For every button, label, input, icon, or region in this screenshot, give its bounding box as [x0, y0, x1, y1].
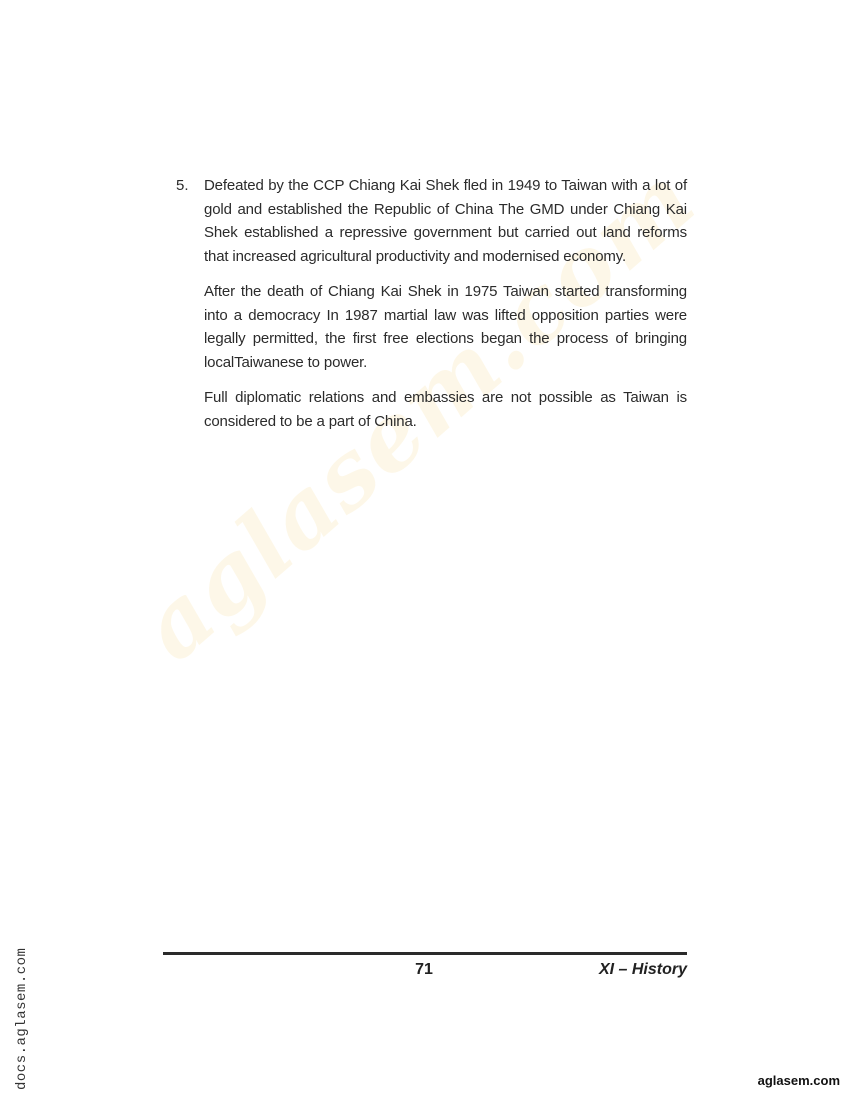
item-number: 5.	[176, 174, 204, 198]
side-url-link[interactable]: docs.aglasem.com	[14, 948, 30, 1090]
document-page: aglasem.com 5. Defeated by the CCP Chian…	[0, 0, 850, 1100]
corner-brand-link[interactable]: aglasem.com	[758, 1073, 840, 1088]
item-body: Defeated by the CCP Chiang Kai Shek fled…	[204, 174, 687, 445]
numbered-item: 5. Defeated by the CCP Chiang Kai Shek f…	[176, 174, 687, 445]
page-content: 5. Defeated by the CCP Chiang Kai Shek f…	[176, 174, 687, 445]
paragraph-diplomatic-relations: Full diplomatic relations and embassies …	[204, 386, 687, 433]
paragraph-taiwan-founding: Defeated by the CCP Chiang Kai Shek fled…	[204, 174, 687, 268]
running-title: XI – History	[599, 961, 687, 979]
footer-divider	[163, 952, 687, 955]
paragraph-democratization: After the death of Chiang Kai Shek in 19…	[204, 280, 687, 374]
page-number: 71	[400, 961, 448, 979]
